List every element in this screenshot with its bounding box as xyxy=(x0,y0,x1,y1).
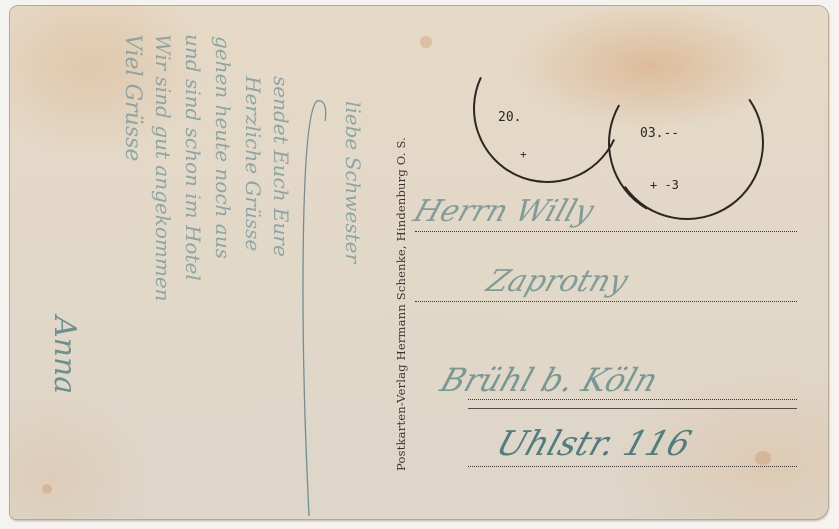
address-line-4: Uhlstr. 116 xyxy=(492,424,697,464)
message-line: liebe Schwester xyxy=(341,101,365,263)
stain xyxy=(420,36,432,48)
address-line xyxy=(468,399,797,400)
address-underline xyxy=(468,408,797,409)
address-line-1: Herrn Willy xyxy=(409,194,598,229)
postmark-circle xyxy=(591,49,780,238)
message-line: Wir sind gut angekommen xyxy=(151,34,175,302)
address-line xyxy=(468,466,797,467)
postcard-back: Postkarten-Verlag Hermann Schenke, Hinde… xyxy=(10,6,828,519)
message-line: und sind schon im Hotel xyxy=(181,34,205,281)
address-line-2: Zaprotny xyxy=(482,264,632,299)
stain xyxy=(42,484,52,494)
message-line: gehen heute noch aus xyxy=(211,36,235,259)
publisher-imprint: Postkarten-Verlag Hermann Schenke, Hinde… xyxy=(394,137,408,471)
address-line xyxy=(415,231,797,232)
postmark-cross: + -3 xyxy=(650,178,679,192)
divider-stroke xyxy=(295,91,335,521)
message-line: Herzliche Grüsse xyxy=(241,76,265,251)
signature: Anna xyxy=(47,316,82,394)
address-line-3: Brühl b. Köln xyxy=(436,361,663,399)
postmark-date: 20. xyxy=(498,110,521,125)
message-line: Viel Grüsse xyxy=(120,34,145,161)
stain xyxy=(755,451,771,465)
postmark-cross: + xyxy=(520,148,527,161)
postmark-date: 03.-- xyxy=(640,126,679,141)
address-line xyxy=(415,301,797,302)
message-line: sendet Euch Eure xyxy=(269,76,293,257)
